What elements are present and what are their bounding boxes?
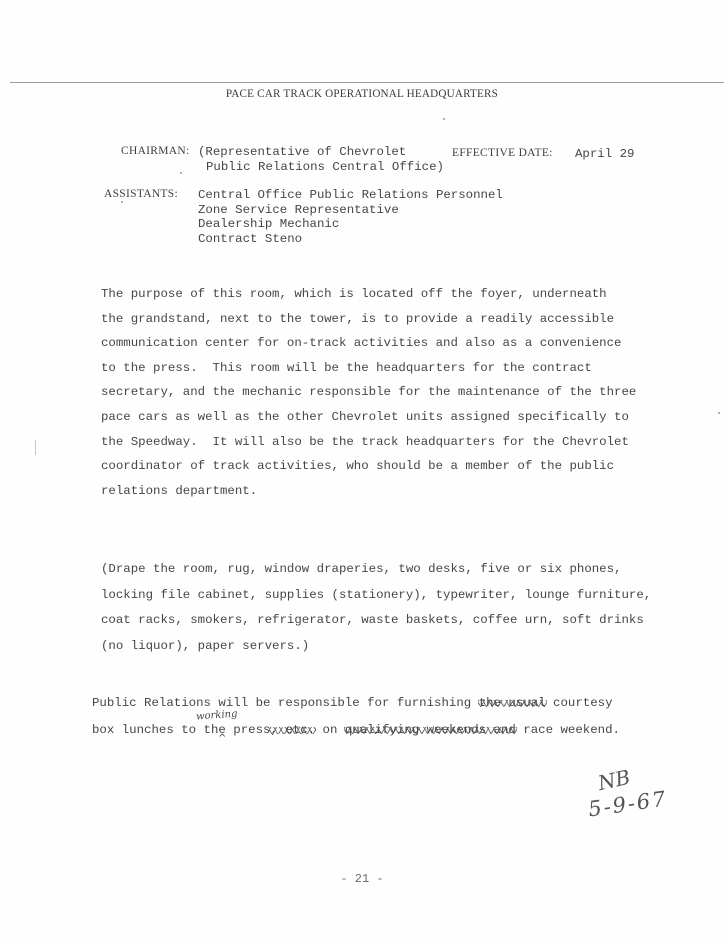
text-segment: race weekend.	[516, 723, 620, 737]
struck-text: , etc.	[270, 717, 315, 744]
lunches-paragraph: Public Relations will be responsible for…	[92, 690, 632, 744]
scan-mark	[35, 440, 36, 455]
struck-text: qualifying weekends and	[345, 717, 516, 744]
paragraph-line: the grandstand, next to the tower, is to…	[101, 307, 641, 332]
insertion-caret: ^	[218, 733, 226, 744]
paragraph-line: coat racks, smokers, refrigerator, waste…	[101, 608, 641, 634]
paragraph-line: pace cars as well as the other Chevrolet…	[101, 405, 641, 430]
top-rule-divider	[10, 82, 724, 83]
paragraph-line: secretary, and the mechanic responsible …	[101, 380, 641, 405]
scan-speck	[718, 412, 720, 414]
paragraph-line: locking file cabinet, supplies (statione…	[101, 583, 641, 609]
paragraph-line: to the press. This room will be the head…	[101, 356, 641, 381]
text-segment: Public Relations will be responsible for…	[92, 696, 479, 710]
text-segment: courtesy	[546, 696, 613, 710]
chairman-value-line-2: Public Relations Central Office)	[206, 160, 444, 174]
assistant-item: Central Office Public Relations Personne…	[198, 188, 503, 203]
page-number: - 21 -	[0, 872, 724, 886]
chairman-label: CHAIRMAN:	[121, 145, 190, 157]
effective-date-value: April 29	[575, 147, 635, 161]
scan-speck	[180, 172, 182, 174]
assistants-list: Central Office Public Relations Personne…	[198, 188, 503, 246]
scan-speck	[121, 201, 123, 203]
assistant-item: Contract Steno	[198, 232, 503, 247]
text-segment: on	[315, 723, 345, 737]
paragraph-line: (Drape the room, rug, window draperies, …	[101, 557, 641, 583]
text-segment: press	[233, 723, 270, 737]
assistant-item: Zone Service Representative	[198, 203, 503, 218]
assistant-item: Dealership Mechanic	[198, 217, 503, 232]
document-title: PACE CAR TRACK OPERATIONAL HEADQUARTERS	[25, 86, 698, 101]
furnishings-paragraph: (Drape the room, rug, window draperies, …	[101, 557, 641, 660]
paragraph-line: The purpose of this room, which is locat…	[101, 282, 641, 307]
handwritten-initials: NB	[596, 765, 632, 795]
chairman-value-line-1: (Representative of Chevrolet	[198, 145, 406, 159]
purpose-paragraph: The purpose of this room, which is locat…	[101, 282, 641, 503]
scan-speck	[443, 118, 445, 120]
paragraph-line: coordinator of track activities, who sho…	[101, 454, 641, 479]
struck-text: the usual	[479, 690, 546, 717]
paragraph-line: relations department.	[101, 479, 641, 504]
text-segment: box lunches to the	[92, 723, 233, 737]
document-page: PACE CAR TRACK OPERATIONAL HEADQUARTERS …	[0, 0, 724, 942]
paragraph-line: (no liquor), paper servers.)	[101, 634, 641, 660]
paragraph-line: the Speedway. It will also be the track …	[101, 430, 641, 455]
effective-date-label: EFFECTIVE DATE:	[452, 147, 553, 159]
paragraph-line: Public Relations will be responsible for…	[92, 690, 632, 717]
assistants-label: ASSISTANTS:	[104, 188, 178, 200]
paragraph-line: communication center for on-track activi…	[101, 331, 641, 356]
handwritten-date: 5-9-67	[587, 787, 669, 822]
paragraph-line: box lunches to the press, etc. on qualif…	[92, 717, 632, 744]
